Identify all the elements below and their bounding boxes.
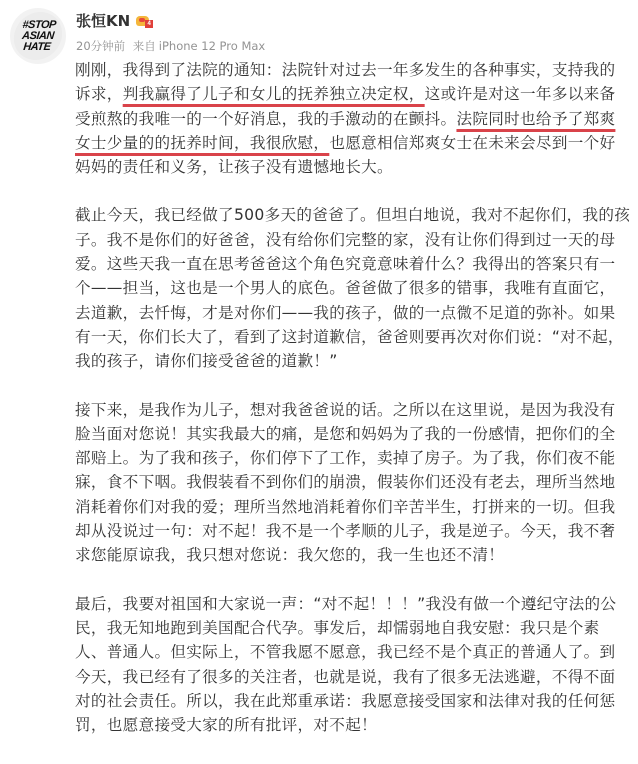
post-content: 刚刚，我得到了法院的通知：法院针对过去一年多发生的各种事实，支持我的诉求，判我赢… (75, 58, 631, 737)
source-prefix: 来自 (133, 39, 156, 53)
text-segment: 截止今天，我已经做了500多天的爸爸了。但坦白地说，我对不起你们，我的孩子。我不… (75, 206, 630, 370)
source-device: iPhone 12 Pro Max (159, 39, 265, 53)
crown-level-badge-icon[interactable]: 4 (136, 14, 153, 28)
avatar-text-line: ASIAN (22, 31, 55, 42)
text-segment: 最后，我要对祖国和大家说一声：“对不起！！！”我没有做一个遵纪守法的公民，我无知… (75, 595, 616, 734)
text-segment: 接下来，是我作为儿子，想对我爸爸说的话。之所以在这里说，是因为我没有脸当面对您说… (75, 401, 615, 565)
paragraph-3: 接下来，是我作为儿子，想对我爸爸说的话。之所以在这里说，是因为我没有脸当面对您说… (75, 398, 631, 568)
post-meta: 20分钟前 来自iPhone 12 Pro Max (76, 38, 265, 54)
avatar-text-line: HATE (23, 42, 51, 53)
avatar-text-line: #STOP (22, 20, 57, 31)
level-number: 4 (145, 20, 153, 28)
stop-asian-hate-avatar-icon: #STOP ASIAN HATE (11, 12, 64, 60)
post-header: 张恒KN 4 (76, 10, 153, 31)
highlighted-text-segment: 判我赢得了儿子和女儿的抚养独立决定权， (123, 85, 425, 103)
paragraph-2: 截止今天，我已经做了500多天的爸爸了。但坦白地说，我对不起你们，我的孩子。我不… (75, 203, 631, 373)
paragraph-1: 刚刚，我得到了法院的通知：法院针对过去一年多发生的各种事实，支持我的诉求，判我赢… (75, 58, 631, 179)
author-name[interactable]: 张恒KN (76, 10, 130, 31)
avatar[interactable]: #STOP ASIAN HATE (10, 8, 66, 64)
paragraph-4: 最后，我要对祖国和大家说一声：“对不起！！！”我没有做一个遵纪守法的公民，我无知… (75, 592, 631, 738)
post-time[interactable]: 20分钟前 (76, 39, 125, 53)
